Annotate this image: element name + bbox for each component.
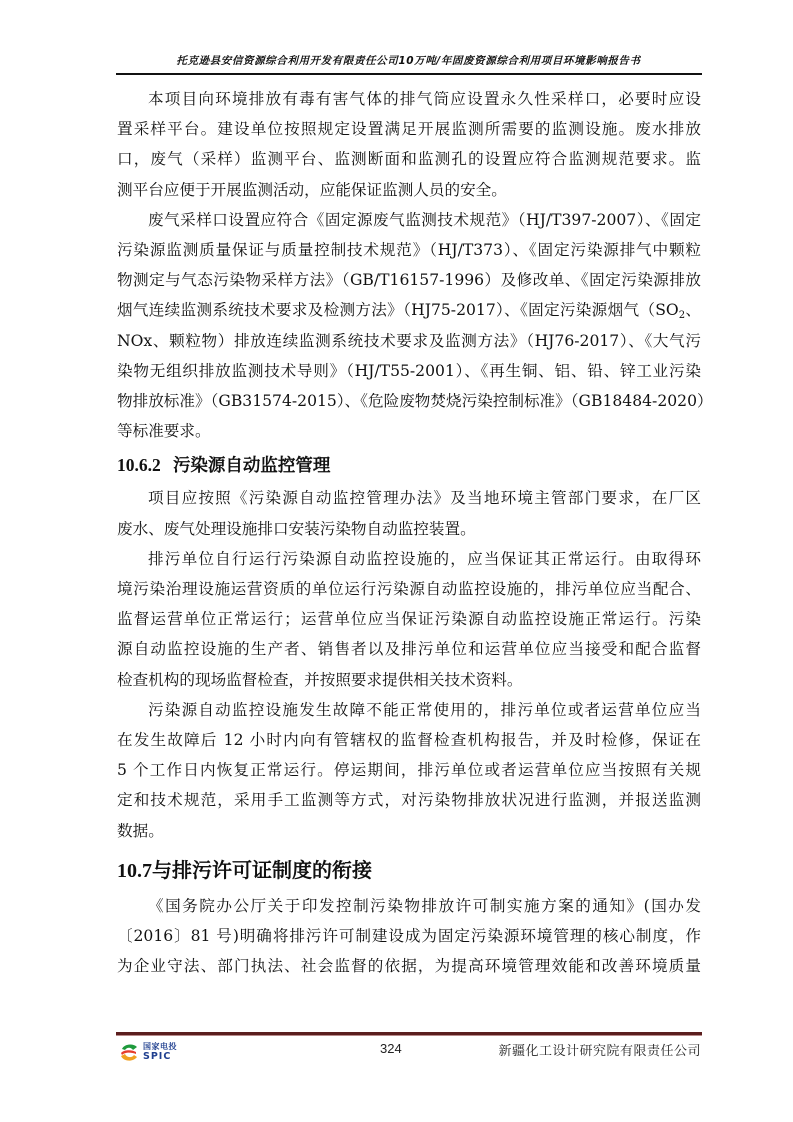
text-line: 《国务院办公厅关于印发控制污染物排放许可制实施方案的通知》(国办发 — [117, 891, 701, 921]
running-header-title: 托克逊县安信资源综合利用开发有限责任公司10万吨/年固废资源综合利用项目环境影响… — [116, 53, 701, 68]
text-line: 监督运营单位正常运行；运营单位应当保证污染源自动监控设施正常运行。污染 — [117, 604, 701, 634]
text-line: 污染源监测质量保证与质量控制技术规范》（HJ/T373）、《固定污染源排气中颗粒 — [117, 235, 701, 265]
section-number: 10.7 — [117, 860, 152, 882]
text-line: 检查机构的现场监督检查，并按照要求提供相关技术资料。 — [117, 665, 701, 695]
text-line: NOx、颗粒物）排放连续监测系统技术要求及监测方法》（HJ76-2017）、《大… — [117, 326, 701, 356]
text-line: 数据。 — [117, 816, 701, 846]
text-line: 定和技术规范，采用手工监测等方式，对污染物排放状况进行监测，并报送监测 — [117, 785, 701, 815]
footer-organization: 新疆化工设计研究院有限责任公司 — [498, 1040, 701, 1059]
text-fragment: 烟气连续监测系统技术要求及检测方法》（HJ75-2017）、《固定污染源烟气（S… — [117, 301, 679, 319]
spic-logo: 国家电投 SPIC — [119, 1040, 199, 1064]
text-line-with-subscript: 烟气连续监测系统技术要求及检测方法》（HJ75-2017）、《固定污染源烟气（S… — [117, 295, 701, 325]
text-line: 污染源自动监控设施发生故障不能正常使用的，排污单位或者运营单位应当 — [117, 695, 701, 725]
section-number: 10.6.2 — [117, 455, 161, 475]
text-line: 口，废气（采样）监测平台、监测断面和监测孔的设置应符合监测规范要求。监 — [117, 144, 701, 174]
text-line: 源自动监控设施的生产者、销售者以及排污单位和运营单位应当接受和配合监督 — [117, 634, 701, 664]
text-line: 为企业守法、部门执法、社会监督的依据，为提高环境管理效能和改善环境质量 — [117, 951, 701, 981]
text-line: 〔2016〕81 号)明确将排污许可制建设成为固定污染源环境管理的核心制度，作 — [117, 921, 701, 951]
text-line: 排污单位自行运行污染源自动监控设施的，应当保证其正常运行。由取得环 — [117, 544, 701, 574]
text-line: 境污染治理设施运营资质的单位运行污染源自动监控设施的，排污单位应当配合、 — [117, 574, 701, 604]
text-line: 测平台应便于开展监测活动，应能保证监测人员的安全。 — [117, 175, 701, 205]
paragraph-operation: 排污单位自行运行污染源自动监控设施的，应当保证其正常运行。由取得环 境污染治理设… — [117, 544, 701, 695]
text-line: 项目应按照《污染源自动监控管理办法》及当地环境主管部门要求，在厂区 — [117, 483, 701, 513]
section-title: 与排污许可证制度的衔接 — [152, 858, 372, 882]
text-line: 废气采样口设置应符合《固定源废气监测技术规范》（HJ/T397-2007）、《固… — [117, 205, 701, 235]
text-line: 废水、废气处理设施排口安装污染物自动监控装置。 — [117, 514, 701, 544]
paragraph-monitoring-requirement: 项目应按照《污染源自动监控管理办法》及当地环境主管部门要求，在厂区 废水、废气处… — [117, 483, 701, 543]
text-line: 在发生故障后 12 小时内向有管辖权的监督检查机构报告，并及时检修，保证在 — [117, 725, 701, 755]
paragraph-fault-handling: 污染源自动监控设施发生故障不能正常使用的，排污单位或者运营单位应当 在发生故障后… — [117, 695, 701, 846]
document-page: 托克逊县安信资源综合利用开发有限责任公司10万吨/年固废资源综合利用项目环境影响… — [0, 0, 793, 1122]
section-title: 污染源自动监控管理 — [173, 456, 331, 476]
header-rule — [116, 73, 702, 75]
paragraph-permit-system: 《国务院办公厅关于印发控制污染物排放许可制实施方案的通知》(国办发 〔2016〕… — [117, 891, 701, 982]
text-line: 5 个工作日内恢复正常运行。停运期间，排污单位或者运营单位应当按照有关规 — [117, 755, 701, 785]
footer-rule-accent — [116, 1035, 702, 1036]
section-heading-10-7: 10.7与排污许可证制度的衔接 — [117, 850, 701, 891]
section-heading-10-6-2: 10.6.2 污染源自动监控管理 — [117, 448, 701, 483]
logo-text-en: SPIC — [143, 1051, 171, 1062]
text-fragment: 、 — [685, 301, 701, 319]
paragraph-standards: 废气采样口设置应符合《固定源废气监测技术规范》（HJ/T397-2007）、《固… — [117, 205, 701, 447]
text-line: 置采样平台。建设单位按照规定设置满足开展监测所需要的监测设施。废水排放 — [117, 114, 701, 144]
spic-logo-icon — [119, 1042, 139, 1062]
paragraph-sampling-ports: 本项目向环境排放有毒有害气体的排气筒应设置永久性采样口，必要时应设 置采样平台。… — [117, 84, 701, 205]
text-line: 等标准要求。 — [117, 416, 701, 446]
page-content: 本项目向环境排放有毒有害气体的排气筒应设置永久性采样口，必要时应设 置采样平台。… — [117, 84, 701, 981]
text-line: 染物无组织排放监测技术导则》（HJ/T55-2001）、《再生铜、铝、铅、锌工业… — [117, 356, 701, 386]
text-line: 物测定与气态污染物采样方法》（GB/T16157-1996）及修改单、《固定污染… — [117, 265, 701, 295]
text-line: 物排放标准》（GB31574-2015）、《危险废物焚烧污染控制标准》（GB18… — [117, 386, 701, 416]
page-number: 324 — [380, 1041, 402, 1056]
text-line: 本项目向环境排放有毒有害气体的排气筒应设置永久性采样口，必要时应设 — [117, 84, 701, 114]
